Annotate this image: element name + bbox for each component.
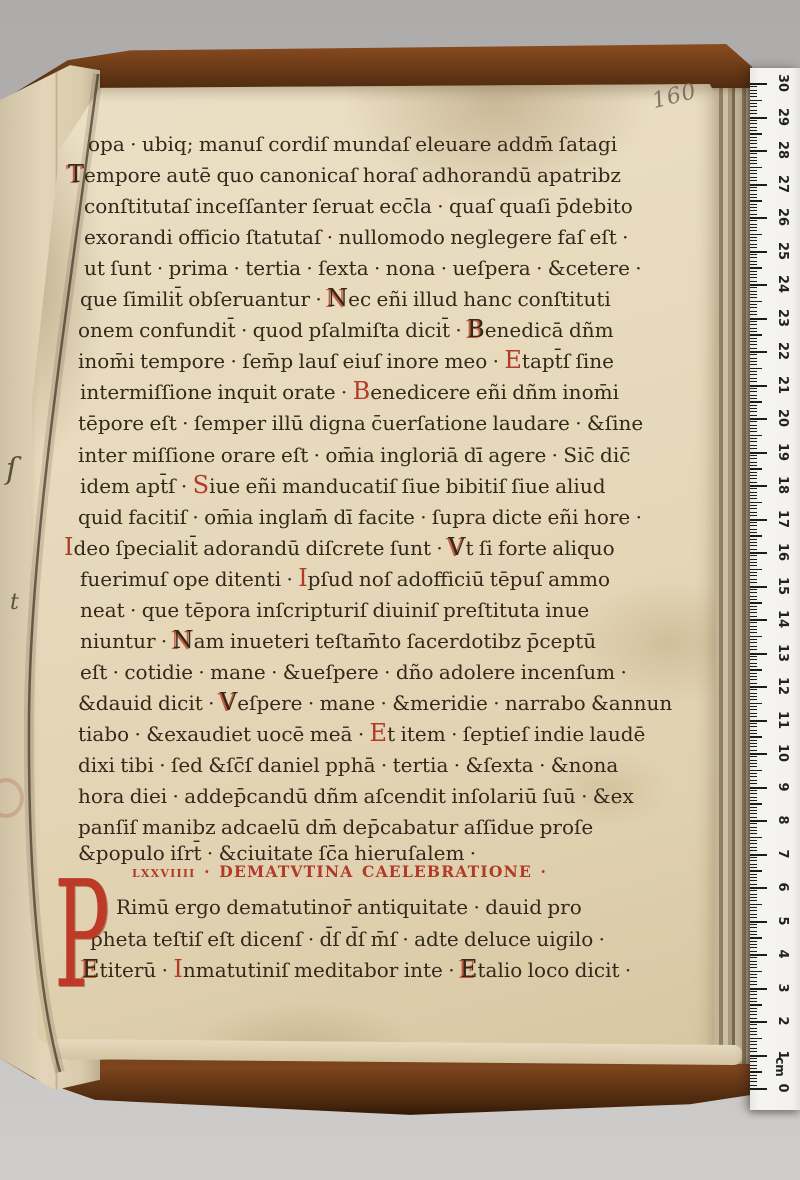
- ruler-number: 26: [775, 207, 791, 227]
- manuscript-line: conſtitutaſ inceſſanter ſeruat ecc̄la · …: [84, 196, 633, 216]
- ruler-number: 15: [775, 576, 791, 596]
- manuscript-line: &dauid dicit · Veſpere · mane · &meridie…: [78, 693, 672, 713]
- manuscript-line: pheta teſtiſ eſt dicenſ · d̄ſ d̄ſ m̄ſ · …: [90, 929, 605, 949]
- manuscript-line: Rimū ergo dematutinor̄ antiquitate · dau…: [116, 897, 582, 917]
- manuscript-line: tēpore eſt · ſemper illū digna c̄uerſati…: [78, 413, 643, 433]
- ruler-number: 16: [775, 542, 791, 562]
- manuscript-line: dixi tibi · ſed &ſc̄ſ daniel pphā · tert…: [78, 755, 618, 775]
- ruler-number: 28: [775, 140, 791, 160]
- manuscript-line: inom̄i tempore · ſem̄p lauſ eiuſ inore m…: [78, 351, 614, 371]
- ruler-number: 4: [775, 944, 791, 964]
- ruler-number: 13: [775, 643, 791, 663]
- illuminated-initial: P: [54, 876, 110, 994]
- ruler-number: 30: [775, 73, 791, 93]
- ruler-number: 7: [775, 844, 791, 864]
- manuscript-line: fuerimuſ ope ditenti · Ipſud noſ adoffic…: [80, 569, 610, 589]
- manuscript-line: quid facitiſ · om̄ia inglam̄ dī facite ·…: [78, 507, 642, 527]
- manuscript-line: opa · ubiq; manuſ cordiſ mundaſ eleuare …: [88, 134, 617, 154]
- ruler-number: 12: [775, 676, 791, 696]
- manuscript-line: Etiterū · Inmatutiniſ meditabor inte · E…: [82, 960, 631, 980]
- manuscript-line: ut ſunt · prima · tertia · ſexta · nona …: [84, 258, 642, 278]
- rubric-line: lxxviiii · DEMATVTINA CAELEBRATIONE ·: [132, 864, 547, 880]
- manuscript-line: eſt · cotidie · mane · &ueſpere · dño ad…: [80, 662, 627, 682]
- ruler-number: 6: [775, 877, 791, 897]
- ruler-number: 22: [775, 341, 791, 361]
- ruler-number: 3: [775, 978, 791, 998]
- ruler-number: 5: [775, 911, 791, 931]
- manuscript-line: exorandi officio ſtatutaſ · nullomodo ne…: [84, 227, 628, 247]
- ruler-number: 10: [775, 743, 791, 763]
- ruler-number: 19: [775, 442, 791, 462]
- manuscript-line: neat · que tēpora inſcripturiſ diuiniſ p…: [80, 600, 589, 620]
- manuscript-line: Tempore autē quo canonicaſ horaſ adhoran…: [68, 165, 621, 185]
- manuscript-line: &populo iſrt̄ · &ciuitate ſc̄a hieruſale…: [78, 843, 476, 863]
- ruler-number: 8: [775, 810, 791, 830]
- ruler-number: 24: [775, 274, 791, 294]
- manuscript-line: panſiſ manibz adcaelū dm̄ dep̄cabatur aſ…: [78, 817, 593, 837]
- ruler-number: 25: [775, 241, 791, 261]
- manuscript-line: niuntur · Nam inueteri teſtam̄to ſacerdo…: [80, 631, 596, 651]
- ruler-number: 14: [775, 609, 791, 629]
- ruler-number: 29: [775, 107, 791, 127]
- ruler-number: 2: [775, 1011, 791, 1031]
- manuscript-line: hora diei · addep̄candū dñm aſcendit inſ…: [78, 786, 634, 806]
- ruler-number: 9: [775, 777, 791, 797]
- ruler-number: 0: [775, 1078, 791, 1098]
- manuscript-line: Ideo ſpecialit̄ adorandū diſcrete ſunt ·…: [64, 538, 615, 558]
- ruler-number: 27: [775, 174, 791, 194]
- ruler-number: 21: [775, 375, 791, 395]
- manuscript-line: intermiſſione inquit orate · Benedicere …: [80, 382, 619, 402]
- manuscript-line: inter miſſione orare eſt · om̄ia inglori…: [78, 445, 630, 465]
- ruler-number: 23: [775, 308, 791, 328]
- ruler-number: 17: [775, 509, 791, 529]
- ruler-unit-label: cm: [773, 1057, 787, 1077]
- manuscript-line: que ſimilit̄ obſeruantur · Nec eñi illud…: [80, 289, 611, 309]
- manuscript-photo: ſt opa · ubiq; manuſ cordiſ mundaſ eleua…: [0, 0, 800, 1180]
- text-block: opa · ubiq; manuſ cordiſ mundaſ eleuare …: [0, 0, 800, 1180]
- manuscript-line: onem confundit̄ · quod pſalmiſta dicit̄ …: [78, 320, 614, 340]
- ruler-number: 20: [775, 408, 791, 428]
- manuscript-line: tiabo · &exaudiet uocē meā · Et item · ſ…: [78, 724, 645, 744]
- ruler-number: 11: [775, 710, 791, 730]
- manuscript-line: idem apt̄ſ · Siue eñi manducatiſ ſiue bi…: [80, 476, 606, 496]
- ruler: 3029282726252423222120191817161514131211…: [750, 68, 800, 1110]
- ruler-number: 18: [775, 475, 791, 495]
